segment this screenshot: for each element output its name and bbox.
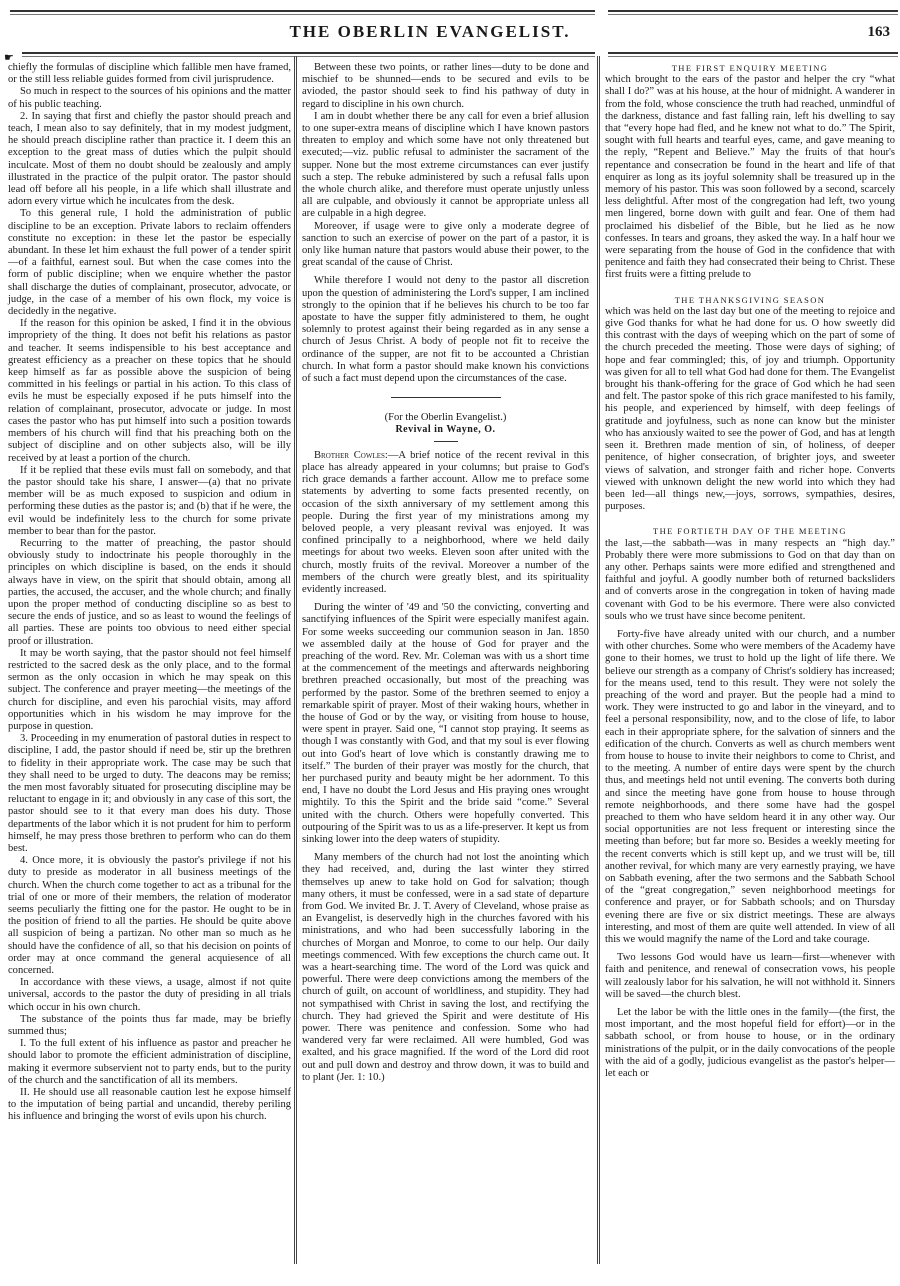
paragraph: which brought to the ears of the pastor … [605,74,895,281]
paragraph: Between these two points, or rather line… [302,62,589,111]
top-rule-right-thin [608,14,898,15]
paragraph: II. He should use all reasonable caution… [8,1087,291,1124]
paragraph: Two lessons God would have us learn—firs… [605,952,895,1001]
paragraph: The substance of the points thus far mad… [8,1014,291,1038]
paragraph: I. To the full extent of his influence a… [8,1038,291,1087]
header-bottom-rule-left [22,52,595,54]
paragraph: Many members of the church had not lost … [302,852,589,1084]
paragraph: In accordance with these views, a usage,… [8,977,291,1014]
article-headline: Revival in Wayne, O. [302,424,589,436]
page-number: 163 [868,24,891,41]
top-rule-left-thin [10,14,595,15]
paragraph: So much in respect to the sources of his… [8,86,291,110]
column-divider-2 [597,56,600,1264]
masthead: THE OBERLIN EVANGELIST. 163 [0,20,900,46]
article-attribution: (For the Oberlin Evangelist.) [302,412,589,424]
section-heading: THE FORTIETH DAY OF THE MEETING [605,525,895,537]
header-bottom-rule-right [608,52,898,54]
paragraph: To this general rule, I hold the adminis… [8,208,291,318]
paragraph: Recurring to the matter of preaching, th… [8,538,291,648]
paragraph: which was held on the last day but one o… [605,306,895,513]
article-divider [391,397,501,398]
paragraph: 4. Once more, it is obviously the pastor… [8,855,291,977]
top-rule-left [10,10,595,12]
paragraph: chiefly the formulas of discipline which… [8,62,291,86]
column-divider-1 [294,56,297,1264]
newspaper-title: THE OBERLIN EVANGELIST. [240,22,620,42]
column-3: THE FIRST ENQUIRY MEETING which brought … [605,62,895,1080]
paragraph: While therefore I would not deny to the … [302,275,589,385]
paragraph: It may be worth saying, that the pastor … [8,648,291,733]
paragraph: If it be replied that these evils must f… [8,465,291,538]
top-rule-right [608,10,898,12]
paragraph: 3. Proceeding in my enumeration of pasto… [8,733,291,855]
section-heading: THE FIRST ENQUIRY MEETING [605,62,895,74]
article-opening-paragraph: Brother Cowles:—A brief notice of the re… [302,450,589,596]
paragraph: the last,—the sabbath—was in many respec… [605,538,895,623]
column-2: Between these two points, or rather line… [302,62,589,1084]
headline-rule [434,441,458,442]
salutation: Brother Cowles: [314,450,388,461]
paragraph: Forty-five have already united with our … [605,629,895,946]
paragraph: I am in doubt whether there be any call … [302,111,589,221]
paragraph: 2. In saying that first and chiefly the … [8,111,291,209]
paragraph: Let the labor be with the little ones in… [605,1007,895,1080]
paragraph-text: —A brief notice of the recent revival in… [302,450,589,595]
section-heading: THE THANKSGIVING SEASON [605,294,895,306]
header-bottom-rule-right-thin [608,56,898,57]
paragraph: If the reason for this opinion be asked,… [8,318,291,464]
column-1: chiefly the formulas of discipline which… [8,62,291,1124]
paragraph: Moreover, if usage were to give only a m… [302,221,589,270]
header-bottom-rule-left-thin [22,56,595,57]
paragraph: During the winter of '49 and '50 the con… [302,602,589,846]
